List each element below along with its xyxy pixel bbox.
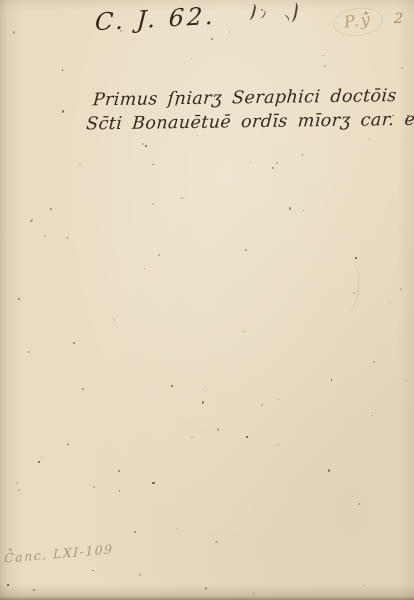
foxing-speck bbox=[365, 11, 367, 14]
foxing-speck bbox=[205, 391, 206, 392]
foxing-speck bbox=[353, 292, 355, 294]
ink-flourish-mark bbox=[244, 2, 257, 21]
foxing-speck bbox=[38, 461, 40, 462]
foxing-speck bbox=[277, 399, 279, 401]
foxing-speck bbox=[331, 379, 332, 381]
owner-paraph-mark: P.ỹ bbox=[331, 5, 384, 39]
foxing-speck bbox=[355, 257, 357, 260]
foxing-speck bbox=[215, 541, 218, 543]
foxing-speck bbox=[62, 69, 63, 70]
foxing-speck bbox=[92, 570, 93, 571]
foxing-speck bbox=[41, 456, 42, 458]
foxing-speck bbox=[152, 482, 154, 484]
foxing-speck bbox=[134, 531, 136, 533]
foxing-speck bbox=[364, 585, 365, 586]
foxing-speck bbox=[27, 351, 29, 353]
foxing-speck bbox=[152, 164, 153, 165]
foxing-speck bbox=[171, 385, 173, 387]
foxing-speck bbox=[18, 298, 20, 300]
foxing-speck bbox=[205, 587, 207, 589]
title-line-2: Sc̄ti Bonauētuē ordīs mīorʒ car. epī bbox=[85, 108, 414, 137]
foxing-speck bbox=[9, 548, 11, 550]
foxing-speck bbox=[323, 55, 325, 57]
foxing-speck bbox=[66, 237, 68, 239]
foxing-speck bbox=[401, 67, 403, 69]
foxing-speck bbox=[144, 268, 145, 269]
foxing-speck bbox=[191, 436, 193, 439]
foxing-speck bbox=[152, 203, 154, 205]
shelfmark-inscription: C. J. 62. bbox=[94, 2, 216, 36]
foxing-speck bbox=[13, 31, 15, 33]
foxing-speck bbox=[50, 208, 51, 209]
foxing-speck bbox=[18, 489, 20, 491]
foxing-speck bbox=[181, 197, 183, 200]
foxing-speck bbox=[177, 528, 178, 529]
manuscript-page-scan: C. J. 62. P.ỹ 2 Primus ſniarʒ Seraphici … bbox=[0, 0, 414, 600]
foxing-speck bbox=[290, 363, 291, 364]
foxing-speck bbox=[82, 388, 84, 390]
foxing-speck bbox=[277, 444, 279, 446]
title-inscription: Primus ſniarʒ Seraphici doctōis Sc̄ti Bo… bbox=[86, 84, 414, 137]
foxing-speck bbox=[7, 584, 8, 586]
foxing-speck bbox=[324, 65, 326, 67]
foxing-speck bbox=[145, 145, 147, 147]
foxing-speck bbox=[392, 115, 393, 116]
foxing-speck bbox=[16, 482, 18, 484]
foxing-speck bbox=[400, 288, 402, 290]
foxing-speck bbox=[272, 167, 275, 169]
foxing-speck bbox=[79, 163, 81, 166]
pencil-shelfmark-note: Canc. LXI-109 bbox=[4, 541, 114, 566]
foxing-speck bbox=[44, 235, 46, 237]
foxing-speck bbox=[73, 342, 75, 345]
foxing-speck bbox=[249, 162, 250, 163]
paper-crease bbox=[337, 261, 361, 315]
foxing-speck bbox=[261, 9, 263, 11]
foxing-speck bbox=[139, 574, 140, 576]
foxing-speck bbox=[276, 162, 278, 164]
foxing-speck bbox=[202, 401, 205, 404]
foxing-speck bbox=[359, 503, 360, 504]
foxing-speck bbox=[243, 331, 244, 333]
foxing-speck bbox=[373, 361, 375, 363]
folio-number: 2 bbox=[394, 11, 404, 28]
foxing-speck bbox=[369, 138, 371, 140]
foxing-speck bbox=[67, 444, 68, 445]
foxing-speck bbox=[114, 319, 116, 321]
foxing-speck bbox=[119, 490, 120, 491]
foxing-speck bbox=[228, 31, 230, 33]
foxing-speck bbox=[370, 185, 371, 186]
foxing-speck bbox=[302, 154, 303, 156]
foxing-speck bbox=[289, 207, 292, 210]
foxing-speck bbox=[303, 210, 304, 211]
foxing-speck bbox=[211, 38, 213, 40]
foxing-speck bbox=[372, 415, 373, 416]
foxing-speck bbox=[217, 428, 219, 430]
foxing-speck bbox=[62, 110, 64, 112]
foxing-speck bbox=[328, 469, 330, 472]
foxing-speck bbox=[2, 236, 3, 237]
foxing-speck bbox=[405, 380, 406, 382]
foxing-speck bbox=[158, 254, 160, 256]
foxing-speck bbox=[388, 302, 390, 304]
foxing-speck bbox=[261, 404, 263, 406]
foxing-speck bbox=[191, 58, 192, 59]
foxing-speck bbox=[197, 135, 198, 136]
foxing-speck bbox=[118, 470, 120, 472]
foxing-speck bbox=[142, 143, 144, 145]
foxing-speck bbox=[245, 249, 247, 251]
foxing-speck bbox=[93, 486, 95, 488]
foxing-speck bbox=[246, 436, 248, 438]
foxing-speck bbox=[33, 589, 35, 591]
foxing-speck bbox=[253, 593, 254, 594]
